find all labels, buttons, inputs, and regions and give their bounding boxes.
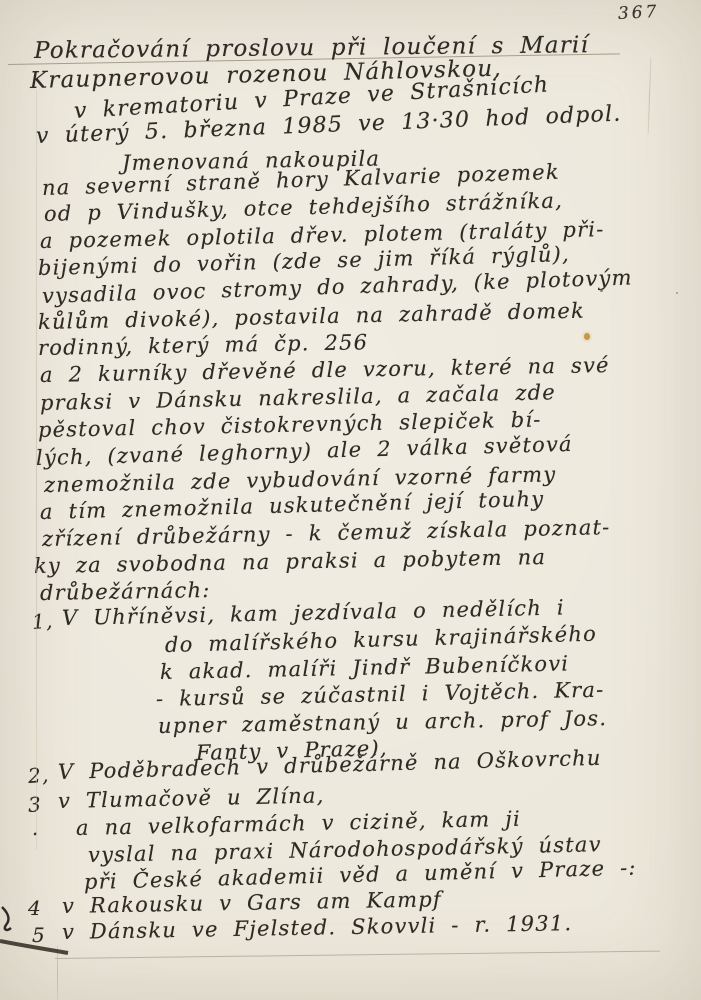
crease-bottom	[55, 951, 660, 959]
pencil-mark-right-margin	[648, 58, 652, 134]
margin-stroke-svg	[0, 895, 90, 965]
list-marker: 3	[27, 792, 43, 817]
manuscript-page: 367 Pokračování proslovu při loučení s M…	[0, 0, 701, 1000]
stray-ink-stroke	[2, 907, 11, 930]
corner-edge-stroke	[0, 941, 68, 953]
body-line: ky za svobodna na praksi a pobytem na	[34, 545, 547, 578]
crease-left	[36, 90, 37, 850]
list-marker: 2,	[27, 763, 50, 788]
title-line: Pokračování proslovu při loučení s Marií	[34, 32, 589, 64]
body-line: drůbežárnách:	[40, 578, 211, 605]
list-line: upner zaměstnaný u arch. prof Jos.	[158, 706, 608, 738]
paper-speck	[600, 289, 603, 292]
list-marker: 1,	[31, 609, 54, 634]
body-line: rodinný, který má čp. 256	[38, 330, 369, 360]
paper-speck	[676, 292, 678, 294]
page-number: 367	[617, 2, 659, 24]
foxing-spot	[584, 333, 590, 340]
list-line: v Tlumačově u Zlína,	[58, 783, 325, 813]
